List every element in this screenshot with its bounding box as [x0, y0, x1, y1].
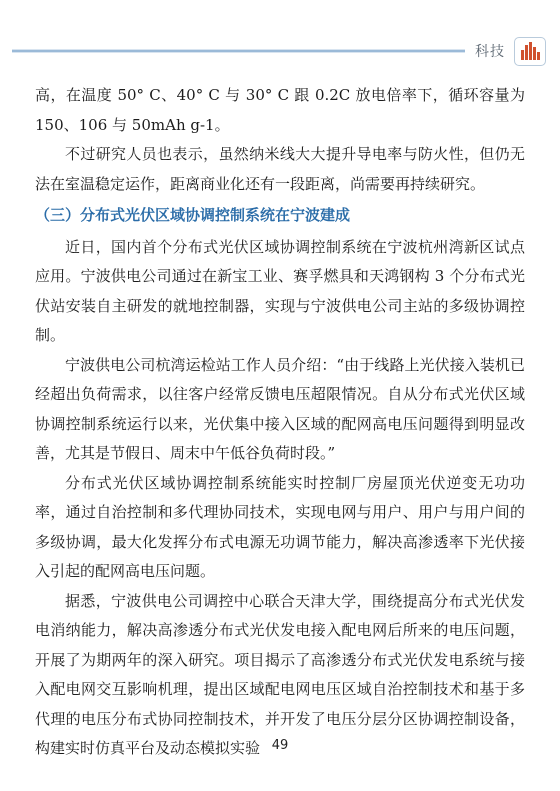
page-number: 49: [272, 738, 289, 753]
bar-chart-icon-bar: [537, 52, 540, 60]
paragraph-system-description: 分布式光伏区域协调控制系统能实时控制厂房屋顶光伏逆变无功功率，通过自治控制和多代…: [35, 469, 525, 587]
section-heading: （三）分布式光伏区域协调控制系统在宁波建成: [35, 201, 525, 231]
bar-chart-icon-bar: [529, 42, 532, 60]
bar-chart-icon: [514, 37, 546, 66]
article-body: 高，在温度 50° C、40° C 与 30° C 跟 0.2C 放电倍率下，循…: [35, 81, 525, 764]
bar-chart-icon-bar: [525, 45, 528, 60]
paragraph-news-lead: 近日，国内首个分布式光伏区域协调控制系统在宁波杭州湾新区试点应用。宁波供电公司通…: [35, 233, 525, 351]
paragraph-continuation: 高，在温度 50° C、40° C 与 30° C 跟 0.2C 放电倍率下，循…: [35, 81, 525, 140]
page-footer: 49: [0, 734, 560, 753]
bar-chart-icon-bar: [533, 47, 536, 60]
bar-chart-icon-bar: [521, 50, 524, 60]
header-divider: [12, 50, 465, 52]
paragraph-research-note: 不过研究人员也表示，虽然纳米线大大提升导电率与防火性，但仍无法在室温稳定运作，距…: [35, 140, 525, 199]
header-section-label: 科技: [475, 41, 505, 61]
page-header: 科技: [12, 36, 546, 66]
paragraph-staff-quote: 宁波供电公司杭湾运检站工作人员介绍：“由于线路上光伏接入装机已经超出负荷需求，以…: [35, 351, 525, 469]
document-page: 科技 高，在温度 50° C、40° C 与 30° C 跟 0.2C 放电倍率…: [0, 0, 560, 791]
